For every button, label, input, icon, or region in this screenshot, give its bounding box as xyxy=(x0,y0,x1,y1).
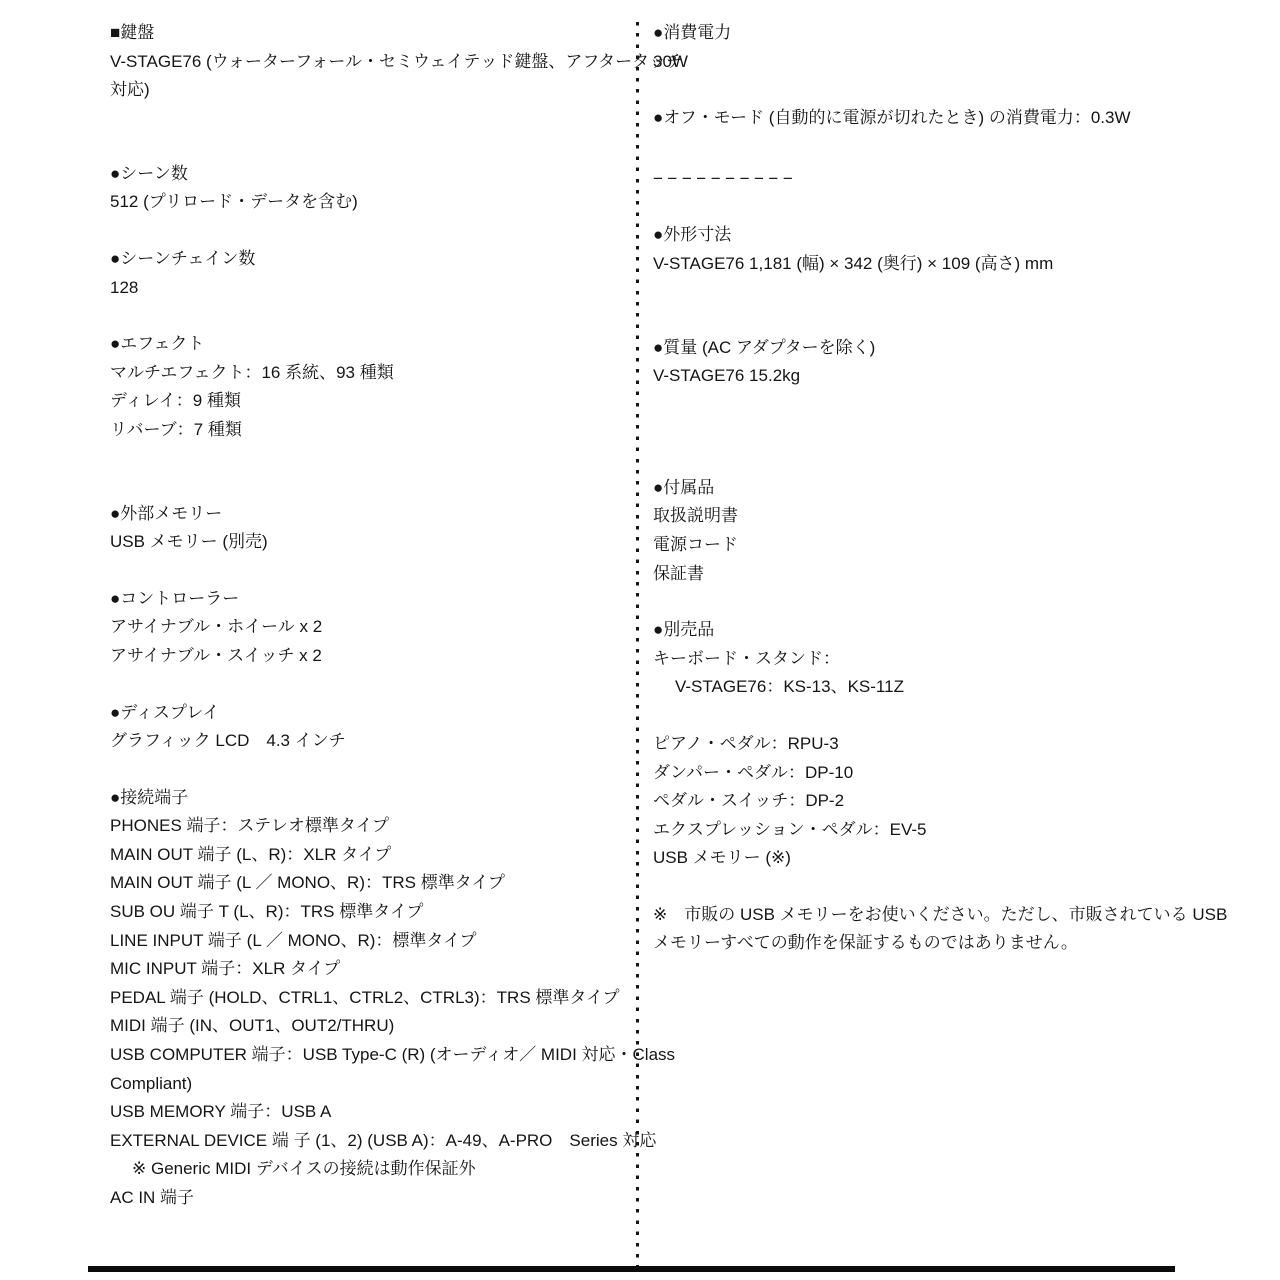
spec-line: PEDAL 端子 (HOLD、CTRL1、CTRL2、CTRL3)：TRS 標準… xyxy=(110,984,637,1013)
spec-line: 対応) xyxy=(110,76,637,105)
section-keyboard: ■鍵盤 V-STAGE76 (ウォーターフォール・セミウェイテッド鍵盤、アフター… xyxy=(110,19,637,105)
spec-line: ダンパー・ペダル：DP-10 xyxy=(653,759,1213,788)
section-title: ●エフェクト xyxy=(110,330,637,359)
section-title: ●質量 (AC アダプターを除く) xyxy=(653,334,1213,363)
section-accessories-included: ●付属品 取扱説明書 電源コード 保証書 xyxy=(653,474,1213,588)
spec-line: アサイナブル・スイッチ x 2 xyxy=(110,642,637,671)
spec-line-dashes: −−−−−−−−−− xyxy=(653,165,1213,194)
section-controllers: ●コントローラー アサイナブル・ホイール x 2 アサイナブル・スイッチ x 2 xyxy=(110,585,637,671)
spec-line: V-STAGE76 1,181 (幅) × 342 (奥行) × 109 (高さ… xyxy=(653,250,1213,279)
dash-separator: −−−−−−−−−− xyxy=(653,165,1213,194)
section-connectors: ●接続端子 PHONES 端子：ステレオ標準タイプ MAIN OUT 端子 (L… xyxy=(110,784,637,1213)
section-title: ●外部メモリー xyxy=(110,500,637,529)
spec-line: PHONES 端子：ステレオ標準タイプ xyxy=(110,812,637,841)
spec-line: アサイナブル・ホイール x 2 xyxy=(110,613,637,642)
section-title: ●シーン数 xyxy=(110,160,637,189)
section-title: ●ディスプレイ xyxy=(110,699,637,728)
right-column: ●消費電力 30W ●オフ・モード (自動的に電源が切れたとき) の消費電力：0… xyxy=(653,0,1213,958)
section-title: ●接続端子 xyxy=(110,784,637,813)
section-title: ●外形寸法 xyxy=(653,221,1213,250)
spec-line: リバーブ：7 種類 xyxy=(110,416,637,445)
section-scene-count: ●シーン数 512 (プリロード・データを含む) xyxy=(110,160,637,217)
section-title: ●消費電力 xyxy=(653,19,1213,48)
spec-line: V-STAGE76 15.2kg xyxy=(653,362,1213,391)
section-accessories-optional: ●別売品 キーボード・スタンド： V-STAGE76：KS-13、KS-11Z xyxy=(653,616,1213,702)
spec-line: MIC INPUT 端子：XLR タイプ xyxy=(110,955,637,984)
spec-sheet-page: ■鍵盤 V-STAGE76 (ウォーターフォール・セミウェイテッド鍵盤、アフター… xyxy=(0,0,1280,1280)
spec-line: LINE INPUT 端子 (L ／ MONO、R)：標準タイプ xyxy=(110,927,637,956)
spec-line: USB COMPUTER 端子：USB Type-C (R) (オーディオ／ M… xyxy=(110,1041,637,1070)
spec-line: V-STAGE76 (ウォーターフォール・セミウェイテッド鍵盤、アフタータッチ xyxy=(110,48,637,77)
spec-line: MAIN OUT 端子 (L、R)：XLR タイプ xyxy=(110,841,637,870)
spec-line: USB メモリー (別売) xyxy=(110,528,637,557)
spec-line: ●オフ・モード (自動的に電源が切れたとき) の消費電力：0.3W xyxy=(653,104,1213,133)
section-title: ●コントローラー xyxy=(110,585,637,614)
section-off-mode: ●オフ・モード (自動的に電源が切れたとき) の消費電力：0.3W xyxy=(653,104,1213,133)
spec-line: 128 xyxy=(110,274,637,303)
spec-line: SUB OU 端子 T (L、R)：TRS 標準タイプ xyxy=(110,898,637,927)
section-display: ●ディスプレイ グラフィック LCD 4.3 インチ xyxy=(110,699,637,756)
spec-line: EXTERNAL DEVICE 端 子 (1、2) (USB A)：A-49、A… xyxy=(110,1127,637,1156)
section-optional-pedals: ピアノ・ペダル：RPU-3 ダンパー・ペダル：DP-10 ペダル・スイッチ：DP… xyxy=(653,730,1213,873)
section-effects: ●エフェクト マルチエフェクト：16 系統、93 種類 ディレイ：9 種類 リバ… xyxy=(110,330,637,444)
spec-line-note: ※ 市販の USB メモリーをお使いください。ただし、市販されている USB xyxy=(653,901,1213,930)
spec-line: ピアノ・ペダル：RPU-3 xyxy=(653,730,1213,759)
spec-line: 電源コード xyxy=(653,531,1213,560)
section-title: ●別売品 xyxy=(653,616,1213,645)
spec-line: ペダル・スイッチ：DP-2 xyxy=(653,787,1213,816)
spec-line: AC IN 端子 xyxy=(110,1184,637,1213)
section-title: ●シーンチェイン数 xyxy=(110,245,637,274)
spec-line: 保証書 xyxy=(653,560,1213,589)
spec-line: ディレイ：9 種類 xyxy=(110,387,637,416)
bottom-rule xyxy=(88,1266,1175,1272)
spec-line: V-STAGE76：KS-13、KS-11Z xyxy=(653,673,1213,702)
section-dimensions: ●外形寸法 V-STAGE76 1,181 (幅) × 342 (奥行) × 1… xyxy=(653,221,1213,278)
section-usb-note: ※ 市販の USB メモリーをお使いください。ただし、市販されている USB メ… xyxy=(653,901,1213,958)
section-weight: ●質量 (AC アダプターを除く) V-STAGE76 15.2kg xyxy=(653,334,1213,391)
spec-line: MAIN OUT 端子 (L ／ MONO、R)：TRS 標準タイプ xyxy=(110,869,637,898)
section-power-consumption: ●消費電力 30W xyxy=(653,19,1213,76)
section-title: ■鍵盤 xyxy=(110,19,637,48)
spec-line: マルチエフェクト：16 系統、93 種類 xyxy=(110,359,637,388)
left-column: ■鍵盤 V-STAGE76 (ウォーターフォール・セミウェイテッド鍵盤、アフター… xyxy=(110,0,637,1213)
spec-line: MIDI 端子 (IN、OUT1、OUT2/THRU) xyxy=(110,1012,637,1041)
spec-line: グラフィック LCD 4.3 インチ xyxy=(110,727,637,756)
spec-line: USB メモリー (※) xyxy=(653,844,1213,873)
spec-line: 512 (プリロード・データを含む) xyxy=(110,188,637,217)
spec-line: Compliant) xyxy=(110,1070,637,1099)
section-scene-chain-count: ●シーンチェイン数 128 xyxy=(110,245,637,302)
section-title: ●付属品 xyxy=(653,474,1213,503)
spec-line: エクスプレッション・ペダル：EV-5 xyxy=(653,816,1213,845)
section-external-memory: ●外部メモリー USB メモリー (別売) xyxy=(110,500,637,557)
spec-line: USB MEMORY 端子：USB A xyxy=(110,1098,637,1127)
spec-line: 30W xyxy=(653,48,1213,77)
column-divider-dotted xyxy=(636,22,639,1267)
spec-line: 取扱説明書 xyxy=(653,502,1213,531)
spec-line: キーボード・スタンド： xyxy=(653,645,1213,674)
spec-line-note: ※ Generic MIDI デバイスの接続は動作保証外 xyxy=(110,1155,637,1184)
spec-line-note: メモリーすべての動作を保証するものではありません。 xyxy=(653,929,1213,958)
